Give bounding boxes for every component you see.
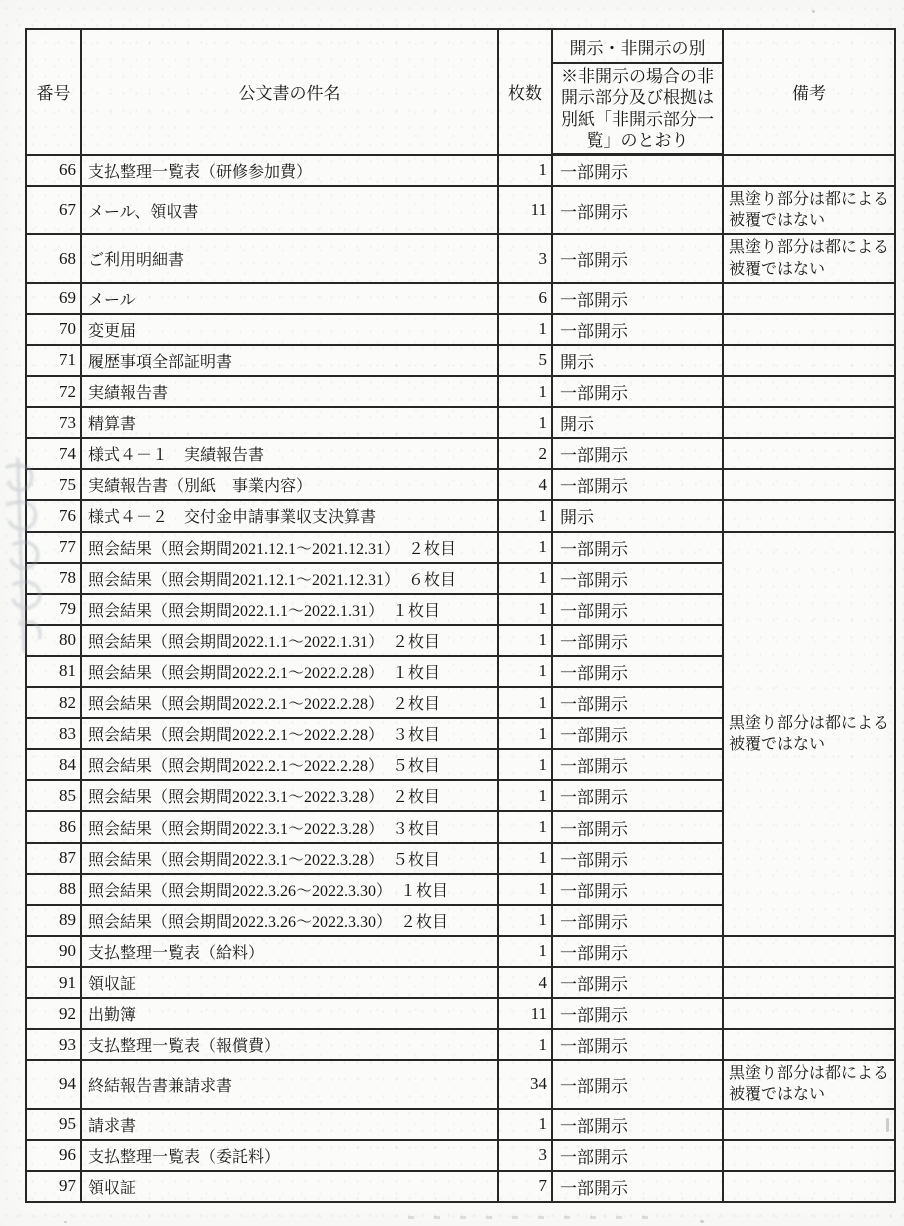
cell-pages: 1	[498, 905, 552, 936]
cell-pages: 1	[498, 718, 552, 749]
cell-disclosure: 一部開示	[552, 1140, 723, 1171]
scan-speckle	[700, 1220, 704, 1223]
header-row-1: 番号 公文書の件名 枚数 開示・非開示の別 備考	[26, 29, 895, 63]
cell-disclosure: 一部開示	[552, 1109, 723, 1140]
cell-number: 82	[26, 687, 81, 718]
scan-speckle	[64, 1221, 67, 1223]
cell-disclosure: 一部開示	[552, 998, 723, 1029]
cell-pages: 1	[498, 936, 552, 967]
cell-number: 88	[26, 874, 81, 905]
table-row: 73精算書1開示	[26, 407, 895, 438]
cell-number: 92	[26, 998, 81, 1029]
cell-disclosure: 一部開示	[552, 1171, 723, 1202]
cell-disclosure: 一部開示	[552, 283, 723, 314]
table-row: 92出勤簿11一部開示	[26, 998, 895, 1029]
cell-title: 照会結果（照会期間2022.3.1～2022.3.28） ３枚目	[81, 811, 498, 842]
cell-disclosure: 一部開示	[552, 780, 723, 811]
cell-number: 86	[26, 811, 81, 842]
cell-number: 72	[26, 376, 81, 407]
cell-remark	[723, 1140, 895, 1171]
table-row: 67メール、領収書11一部開示黒塗り部分は都による被覆ではない	[26, 186, 895, 234]
cell-disclosure: 一部開示	[552, 843, 723, 874]
cell-number: 73	[26, 407, 81, 438]
table-row: 90支払整理一覧表（給料）1一部開示	[26, 936, 895, 967]
cell-title: 支払整理一覧表（給料）	[81, 936, 498, 967]
table-row: 69メール6一部開示	[26, 283, 895, 314]
cell-number: 79	[26, 594, 81, 625]
cell-disclosure: 一部開示	[552, 749, 723, 780]
cell-title: 精算書	[81, 407, 498, 438]
header-disclosure: 開示・非開示の別	[552, 29, 723, 63]
cell-disclosure: 一部開示	[552, 936, 723, 967]
cell-remark	[723, 998, 895, 1029]
cell-title: 支払整理一覧表（報償費）	[81, 1029, 498, 1060]
cell-title: 照会結果（照会期間2022.2.1～2022.2.28） ５枚目	[81, 749, 498, 780]
cell-title: 支払整理一覧表（委託料）	[81, 1140, 498, 1171]
cell-pages: 1	[498, 687, 552, 718]
cell-title: 領収証	[81, 1171, 498, 1202]
cell-pages: 1	[498, 500, 552, 531]
cell-remark	[723, 345, 895, 376]
cell-remark	[723, 967, 895, 998]
cell-title: 照会結果（照会期間2022.2.1～2022.2.28） ３枚目	[81, 718, 498, 749]
cell-number: 93	[26, 1029, 81, 1060]
table-row: 74様式４－１ 実績報告書2一部開示	[26, 438, 895, 469]
cell-number: 69	[26, 283, 81, 314]
disclosure-document-table: 番号 公文書の件名 枚数 開示・非開示の別 備考 ※非開示の場合の非開示部分及び…	[25, 28, 896, 1203]
cell-pages: 1	[498, 874, 552, 905]
cell-pages: 1	[498, 811, 552, 842]
cell-disclosure: 一部開示	[552, 656, 723, 687]
cell-disclosure: 開示	[552, 407, 723, 438]
cell-title: 出勤簿	[81, 998, 498, 1029]
cell-remark: 黒塗り部分は都による被覆ではない	[723, 234, 895, 282]
cell-number: 87	[26, 843, 81, 874]
cell-disclosure: 一部開示	[552, 532, 723, 563]
cell-title: 照会結果（照会期間2021.12.1～2021.12.31） ２枚目	[81, 532, 498, 563]
cell-number: 78	[26, 563, 81, 594]
cell-remark	[723, 438, 895, 469]
table-header: 番号 公文書の件名 枚数 開示・非開示の別 備考 ※非開示の場合の非開示部分及び…	[26, 29, 895, 155]
cell-title: 領収証	[81, 967, 498, 998]
cell-title: 照会結果（照会期間2022.2.1～2022.2.28） １枚目	[81, 656, 498, 687]
cell-title: 照会結果（照会期間2022.3.1～2022.3.28） ２枚目	[81, 780, 498, 811]
cell-title: 照会結果（照会期間2022.1.1～2022.1.31） １枚目	[81, 594, 498, 625]
cell-number: 67	[26, 186, 81, 234]
cell-title: 照会結果（照会期間2022.3.26～2022.3.30） ２枚目	[81, 905, 498, 936]
header-pages: 枚数	[498, 29, 552, 155]
cell-pages: 3	[498, 1140, 552, 1171]
cell-number: 70	[26, 314, 81, 345]
cell-disclosure: 一部開示	[552, 186, 723, 234]
cell-disclosure: 一部開示	[552, 967, 723, 998]
cell-remark	[723, 314, 895, 345]
cell-disclosure: 一部開示	[552, 594, 723, 625]
cell-remark	[723, 936, 895, 967]
cell-pages: 1	[498, 563, 552, 594]
cell-remark	[723, 407, 895, 438]
cell-title: 照会結果（照会期間2022.1.1～2022.1.31） ２枚目	[81, 625, 498, 656]
cell-number: 76	[26, 500, 81, 531]
table-row: 66支払整理一覧表（研修参加費）1一部開示	[26, 155, 895, 187]
table-row: 77照会結果（照会期間2021.12.1～2021.12.31） ２枚目1一部開…	[26, 532, 895, 563]
cell-remark	[723, 469, 895, 500]
cell-disclosure: 一部開示	[552, 314, 723, 345]
cell-remark	[723, 500, 895, 531]
cell-number: 96	[26, 1140, 81, 1171]
cell-title: メール、領収書	[81, 186, 498, 234]
cell-number: 68	[26, 234, 81, 282]
cell-pages: 1	[498, 532, 552, 563]
cell-title: メール	[81, 283, 498, 314]
header-number: 番号	[26, 29, 81, 155]
cell-remark	[723, 1109, 895, 1140]
cell-remark-merged: 黒塗り部分は都による被覆ではない	[723, 532, 895, 936]
table-row: 91領収証4一部開示	[26, 967, 895, 998]
table-row: 75実績報告書（別紙 事業内容）4一部開示	[26, 469, 895, 500]
cell-disclosure: 一部開示	[552, 625, 723, 656]
table-row: 70変更届1一部開示	[26, 314, 895, 345]
cell-number: 81	[26, 656, 81, 687]
cell-number: 77	[26, 532, 81, 563]
cell-remark	[723, 283, 895, 314]
cell-remark	[723, 376, 895, 407]
cell-pages: 1	[498, 155, 552, 187]
cell-disclosure: 一部開示	[552, 438, 723, 469]
cell-pages: 1	[498, 780, 552, 811]
cell-pages: 1	[498, 594, 552, 625]
cell-number: 95	[26, 1109, 81, 1140]
cell-pages: 1	[498, 376, 552, 407]
cell-title: 照会結果（照会期間2021.12.1～2021.12.31） ６枚目	[81, 563, 498, 594]
cell-title: 実績報告書	[81, 376, 498, 407]
cell-disclosure: 開示	[552, 500, 723, 531]
cell-number: 97	[26, 1171, 81, 1202]
cell-pages: 1	[498, 656, 552, 687]
cell-disclosure: 一部開示	[552, 811, 723, 842]
cell-number: 66	[26, 155, 81, 187]
cell-number: 80	[26, 625, 81, 656]
cell-disclosure: 一部開示	[552, 718, 723, 749]
table-row: 94終結報告書兼請求書34一部開示黒塗り部分は都による被覆ではない	[26, 1060, 895, 1108]
cell-pages: 11	[498, 186, 552, 234]
cell-number: 71	[26, 345, 81, 376]
cell-pages: 1	[498, 314, 552, 345]
cell-pages: 4	[498, 967, 552, 998]
cell-pages: 1	[498, 407, 552, 438]
cell-title: ご利用明細書	[81, 234, 498, 282]
cell-disclosure: 一部開示	[552, 1029, 723, 1060]
cell-pages: 1	[498, 1109, 552, 1140]
cell-number: 91	[26, 967, 81, 998]
cell-pages: 1	[498, 625, 552, 656]
cell-title: 変更届	[81, 314, 498, 345]
cell-disclosure: 一部開示	[552, 905, 723, 936]
cell-title: 様式４－１ 実績報告書	[81, 438, 498, 469]
table-body: 66支払整理一覧表（研修参加費）1一部開示67メール、領収書11一部開示黒塗り部…	[26, 155, 895, 1203]
cell-title: 請求書	[81, 1109, 498, 1140]
cell-title: 支払整理一覧表（研修参加費）	[81, 155, 498, 187]
cell-disclosure: 開示	[552, 345, 723, 376]
cell-disclosure: 一部開示	[552, 376, 723, 407]
cell-remark	[723, 1029, 895, 1060]
cell-number: 90	[26, 936, 81, 967]
cell-disclosure: 一部開示	[552, 687, 723, 718]
cell-pages: 5	[498, 345, 552, 376]
scan-speckle	[812, 10, 815, 13]
cell-title: 照会結果（照会期間2022.3.26～2022.3.30） １枚目	[81, 874, 498, 905]
cell-pages: 2	[498, 438, 552, 469]
cell-pages: 1	[498, 843, 552, 874]
cell-remark: 黒塗り部分は都による被覆ではない	[723, 1060, 895, 1108]
cell-pages: 11	[498, 998, 552, 1029]
cell-number: 74	[26, 438, 81, 469]
cell-remark: 黒塗り部分は都による被覆ではない	[723, 186, 895, 234]
cell-disclosure: 一部開示	[552, 1060, 723, 1108]
cell-pages: 1	[498, 749, 552, 780]
cell-number: 75	[26, 469, 81, 500]
table-row: 71履歴事項全部証明書5開示	[26, 345, 895, 376]
cell-disclosure: 一部開示	[552, 155, 723, 187]
cell-pages: 3	[498, 234, 552, 282]
cell-disclosure: 一部開示	[552, 563, 723, 594]
cell-title: 様式４－２ 交付金申請事業収支決算書	[81, 500, 498, 531]
table-row: 95請求書1一部開示	[26, 1109, 895, 1140]
cell-number: 84	[26, 749, 81, 780]
cell-pages: 7	[498, 1171, 552, 1202]
cell-number: 89	[26, 905, 81, 936]
scan-smudge-bottom	[408, 1216, 658, 1219]
cell-number: 83	[26, 718, 81, 749]
table-row: 97領収証7一部開示	[26, 1171, 895, 1202]
cell-title: 終結報告書兼請求書	[81, 1060, 498, 1108]
cell-number: 94	[26, 1060, 81, 1108]
cell-pages: 4	[498, 469, 552, 500]
table-row: 96支払整理一覧表（委託料）3一部開示	[26, 1140, 895, 1171]
cell-pages: 6	[498, 283, 552, 314]
cell-number: 85	[26, 780, 81, 811]
table-row: 68ご利用明細書3一部開示黒塗り部分は都による被覆ではない	[26, 234, 895, 282]
cell-disclosure: 一部開示	[552, 469, 723, 500]
cell-pages: 34	[498, 1060, 552, 1108]
cell-disclosure: 一部開示	[552, 874, 723, 905]
header-remarks: 備考	[723, 29, 895, 155]
header-disclosure-note: ※非開示の場合の非開示部分及び根拠は別紙「非開示部分一覧」のとおり	[552, 63, 723, 155]
table-row: 76様式４－２ 交付金申請事業収支決算書1開示	[26, 500, 895, 531]
cell-remark	[723, 1171, 895, 1202]
table-row: 72実績報告書1一部開示	[26, 376, 895, 407]
cell-title: 照会結果（照会期間2022.3.1～2022.3.28） ５枚目	[81, 843, 498, 874]
cell-title: 照会結果（照会期間2022.2.1～2022.2.28） ２枚目	[81, 687, 498, 718]
header-title: 公文書の件名	[81, 29, 498, 155]
cell-pages: 1	[498, 1029, 552, 1060]
scanned-document-page: 番号 公文書の件名 枚数 開示・非開示の別 備考 ※非開示の場合の非開示部分及び…	[0, 0, 904, 1226]
cell-disclosure: 一部開示	[552, 234, 723, 282]
cell-title: 実績報告書（別紙 事業内容）	[81, 469, 498, 500]
table-row: 93支払整理一覧表（報償費）1一部開示	[26, 1029, 895, 1060]
cell-remark	[723, 155, 895, 187]
cell-title: 履歴事項全部証明書	[81, 345, 498, 376]
